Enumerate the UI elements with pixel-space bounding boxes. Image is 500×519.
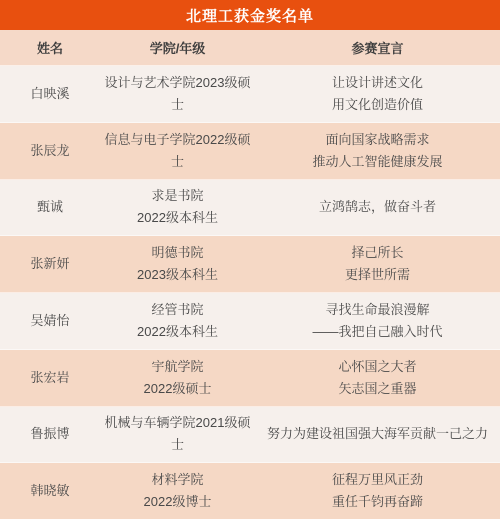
college-line: 2022级本科生: [137, 321, 218, 343]
college-line: 设计与艺术学院2023级硕: [105, 72, 251, 94]
cell-declaration: 寻找生命最浪漫解 ——我把自己融入时代: [255, 293, 500, 349]
name-text: 张新妍: [30, 253, 69, 275]
college-line: 材料学院: [151, 469, 203, 491]
declaration-line: 推动人工智能健康发展: [312, 151, 442, 173]
table-title: 北理工获金奖名单: [0, 0, 500, 30]
cell-name: 张新妍: [0, 236, 100, 292]
declaration-line: 更择世所需: [345, 264, 410, 286]
cell-declaration: 征程万里风正劲 重任千钧再奋蹄: [255, 463, 500, 519]
declaration-line: 矢志国之重器: [338, 378, 416, 400]
declaration-line: 让设计讲述文化: [332, 72, 423, 94]
declaration-line: 寻找生命最浪漫解: [325, 299, 429, 321]
college-line: 机械与车辆学院2021级硕: [105, 412, 251, 434]
award-list-table: 北理工获金奖名单 姓名 学院/年级 参赛宣言 白映溪 设计与艺术学院2023级硕…: [0, 0, 500, 519]
cell-college: 宇航学院 2022级硕士: [100, 350, 255, 406]
declaration-line: 重任千钧再奋蹄: [332, 491, 423, 513]
cell-name: 吴婧怡: [0, 293, 100, 349]
declaration-line: 用文化创造价值: [332, 94, 423, 116]
cell-name: 白映溪: [0, 66, 100, 122]
name-text: 白映溪: [30, 83, 69, 105]
cell-declaration: 面向国家战略需求 推动人工智能健康发展: [255, 123, 500, 179]
cell-declaration: 心怀国之大者 矢志国之重器: [255, 350, 500, 406]
column-header-college: 学院/年级: [100, 38, 255, 57]
cell-name: 张宏岩: [0, 350, 100, 406]
college-line: 宇航学院: [151, 356, 203, 378]
name-text: 吴婧怡: [30, 310, 69, 332]
table-row: 白映溪 设计与艺术学院2023级硕 士 让设计讲述文化 用文化创造价值: [0, 66, 500, 123]
college-line: 经管书院: [151, 299, 203, 321]
declaration-line: 征程万里风正劲: [332, 469, 423, 491]
table-row: 张新妍 明德书院 2023级本科生 择己所长 更择世所需: [0, 236, 500, 293]
declaration-line: 立鸿鹄志，做奋斗者: [319, 196, 436, 218]
declaration-line: 努力为建设祖国强大海军贡献一己之力: [267, 423, 488, 445]
cell-college: 机械与车辆学院2021级硕 士: [100, 407, 255, 463]
column-header-name: 姓名: [0, 38, 100, 57]
cell-name: 鲁振博: [0, 407, 100, 463]
college-line: 信息与电子学院2022级硕: [105, 129, 251, 151]
name-text: 鲁振博: [30, 423, 69, 445]
college-line: 2022级硕士: [144, 378, 212, 400]
table-row: 甄诚 求是书院 2022级本科生 立鸿鹄志，做奋斗者: [0, 180, 500, 237]
cell-college: 求是书院 2022级本科生: [100, 180, 255, 236]
college-line: 2022级本科生: [137, 207, 218, 229]
cell-college: 经管书院 2022级本科生: [100, 293, 255, 349]
cell-college: 材料学院 2022级博士: [100, 463, 255, 519]
college-line: 2022级博士: [144, 491, 212, 513]
college-line: 明德书院: [151, 242, 203, 264]
table-row: 张辰龙 信息与电子学院2022级硕 士 面向国家战略需求 推动人工智能健康发展: [0, 123, 500, 180]
table-row: 张宏岩 宇航学院 2022级硕士 心怀国之大者 矢志国之重器: [0, 350, 500, 407]
declaration-line: ——我把自己融入时代: [312, 321, 442, 343]
cell-college: 设计与艺术学院2023级硕 士: [100, 66, 255, 122]
cell-declaration: 择己所长 更择世所需: [255, 236, 500, 292]
name-text: 甄诚: [37, 196, 63, 218]
table-row: 韩晓敏 材料学院 2022级博士 征程万里风正劲 重任千钧再奋蹄: [0, 463, 500, 519]
name-text: 韩晓敏: [30, 480, 69, 502]
table-body: 白映溪 设计与艺术学院2023级硕 士 让设计讲述文化 用文化创造价值 张辰龙 …: [0, 66, 500, 519]
declaration-line: 心怀国之大者: [338, 356, 416, 378]
name-text: 张辰龙: [30, 140, 69, 162]
cell-declaration: 立鸿鹄志，做奋斗者: [255, 180, 500, 236]
college-line: 士: [171, 434, 184, 456]
column-header-row: 姓名 学院/年级 参赛宣言: [0, 30, 500, 66]
college-line: 2023级本科生: [137, 264, 218, 286]
declaration-line: 择己所长: [351, 242, 403, 264]
column-header-declaration: 参赛宣言: [255, 38, 500, 57]
cell-college: 明德书院 2023级本科生: [100, 236, 255, 292]
table-row: 鲁振博 机械与车辆学院2021级硕 士 努力为建设祖国强大海军贡献一己之力: [0, 407, 500, 464]
table-row: 吴婧怡 经管书院 2022级本科生 寻找生命最浪漫解 ——我把自己融入时代: [0, 293, 500, 350]
cell-declaration: 让设计讲述文化 用文化创造价值: [255, 66, 500, 122]
college-line: 求是书院: [151, 185, 203, 207]
cell-name: 张辰龙: [0, 123, 100, 179]
college-line: 士: [171, 151, 184, 173]
cell-name: 甄诚: [0, 180, 100, 236]
name-text: 张宏岩: [30, 367, 69, 389]
declaration-line: 面向国家战略需求: [325, 129, 429, 151]
cell-college: 信息与电子学院2022级硕 士: [100, 123, 255, 179]
cell-name: 韩晓敏: [0, 463, 100, 519]
cell-declaration: 努力为建设祖国强大海军贡献一己之力: [255, 407, 500, 463]
college-line: 士: [171, 94, 184, 116]
